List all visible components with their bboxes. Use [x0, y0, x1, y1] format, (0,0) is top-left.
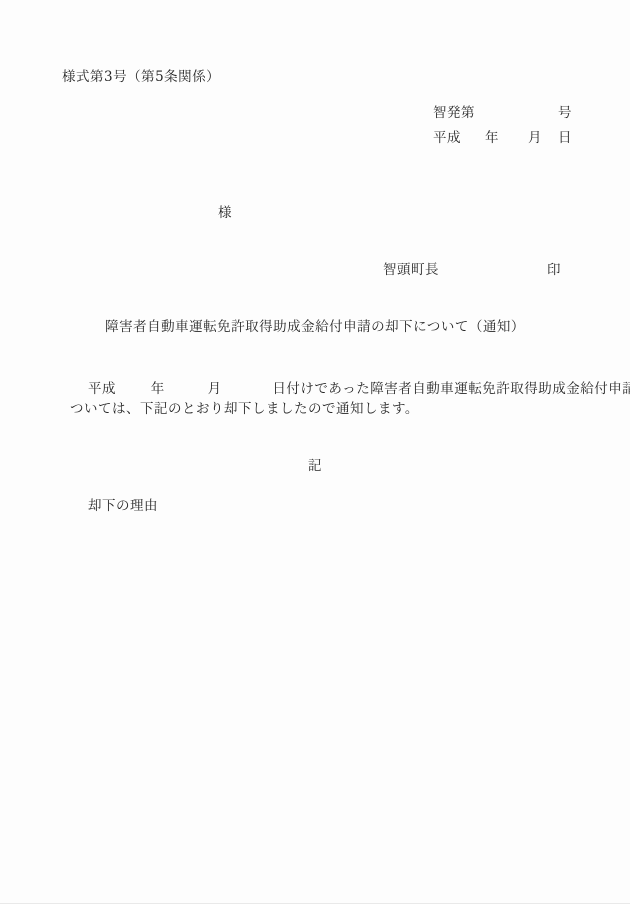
document-page: 様式第3号（第5条関係） 智発第 号 平成 年 月 日 様 智頭町長 印 障害者…	[0, 0, 630, 904]
doc-number-unit: 号	[558, 101, 572, 121]
body-date-day-and-text: 日付けであった障害者自動車運転免許取得助成金給付申請に	[272, 381, 630, 397]
body-date-month: 月	[208, 381, 222, 397]
date-month-label: 月	[528, 126, 542, 146]
body-line-1: 平成 年 月 日付けであった障害者自動車運転免許取得助成金給付申請に	[88, 377, 630, 397]
body-date-year: 年	[151, 381, 165, 397]
date-day-label: 日	[558, 126, 572, 146]
document-subject: 障害者自動車運転免許取得助成金給付申請の却下について（通知）	[0, 315, 630, 335]
form-number: 様式第3号（第5条関係）	[62, 65, 220, 85]
sender-seal-mark: 印	[547, 258, 561, 278]
date-era-label: 平成	[433, 126, 461, 146]
body-date-era: 平成	[88, 381, 116, 397]
body-line-2: ついては、下記のとおり却下しましたので通知します。	[70, 397, 419, 417]
record-marker: 記	[0, 454, 630, 474]
doc-number-prefix: 智発第	[433, 101, 475, 121]
date-year-label: 年	[485, 126, 499, 146]
addressee-honorific: 様	[218, 201, 232, 221]
sender-title: 智頭町長	[383, 258, 439, 278]
rejection-reason-label: 却下の理由	[88, 494, 158, 514]
